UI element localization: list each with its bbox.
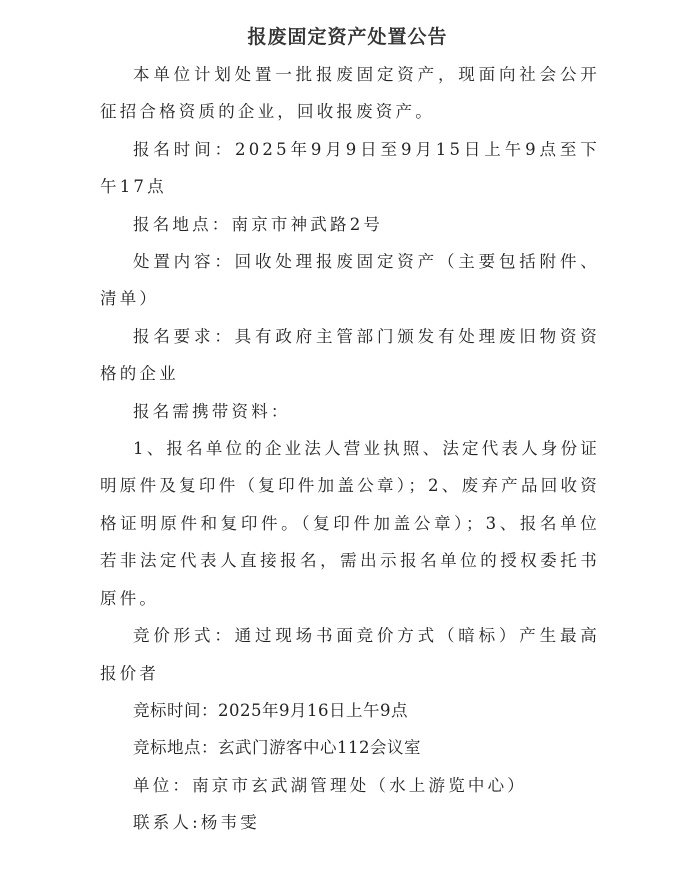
announcement-page: 报废固定资产处置公告 本单位计划处置一批报废固定资产，现面向社会公开征招合格资质… (0, 0, 695, 874)
required-materials-heading: 报名需携带资料： (100, 393, 600, 430)
disposal-content: 处置内容：回收处理报废固定资产（主要包括附件、清单） (100, 243, 600, 318)
bidding-time: 竞标时间：2025年9月16日上午9点 (100, 692, 600, 729)
intro-paragraph: 本单位计划处置一批报废固定资产，现面向社会公开征招合格资质的企业，回收报废资产。 (100, 56, 600, 131)
required-materials-list: 1、报名单位的企业法人营业执照、法定代表人身份证明原件及复印件（复印件加盖公章）… (100, 430, 600, 617)
bidding-location: 竞标地点：玄武门游客中心112会议室 (100, 729, 600, 766)
bidding-format: 竞价形式：通过现场书面竞价方式（暗标）产生最高报价者 (100, 617, 600, 692)
contact-person: 联系人:杨韦雯 (100, 804, 600, 841)
document-title: 报废固定资产处置公告 (0, 22, 695, 49)
registration-location: 报名地点：南京市神武路2号 (100, 206, 600, 243)
document-body: 本单位计划处置一批报废固定资产，现面向社会公开征招合格资质的企业，回收报废资产。… (100, 56, 600, 842)
registration-time: 报名时间：2025年9月9日至9月15日上午9点至下午17点 (100, 131, 600, 206)
registration-requirements: 报名要求：具有政府主管部门颁发有处理废旧物资资格的企业 (100, 318, 600, 393)
organization: 单位：南京市玄武湖管理处（水上游览中心） (100, 767, 600, 804)
